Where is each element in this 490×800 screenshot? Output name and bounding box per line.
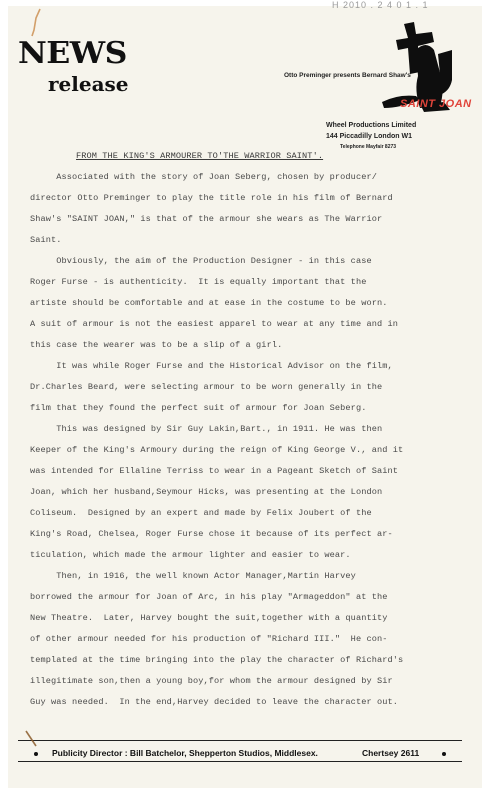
publicity-director: Publicity Director : Bill Batchelor, She… xyxy=(52,748,318,758)
body-line: templated at the time bringing into the … xyxy=(30,655,403,665)
body-line: film that they found the perfect suit of… xyxy=(30,403,366,413)
body-line: was intended for Ellaline Terriss to wea… xyxy=(30,466,398,476)
bullet-icon xyxy=(34,752,38,756)
body-line: Keeper of the King's Armoury during the … xyxy=(30,445,403,455)
body-line: ticulation, which made the armour lighte… xyxy=(30,550,351,560)
masthead-release: release xyxy=(48,72,129,96)
body-line: New Theatre. Later, Harvey bought the su… xyxy=(30,613,387,623)
body-line: director Otto Preminger to play the titl… xyxy=(30,193,393,203)
company-telephone: Telephone Mayfair 8273 xyxy=(326,142,416,153)
body-line: Shaw's "SAINT JOAN," is that of the armo… xyxy=(30,214,382,224)
body-line: Associated with the story of Joan Seberg… xyxy=(30,172,377,182)
bullet-icon xyxy=(442,752,446,756)
company-name: Wheel Productions Limited xyxy=(326,120,416,131)
footer-phone: Chertsey 2611 xyxy=(362,748,419,758)
body-line: This was designed by Sir Guy Lakin,Bart.… xyxy=(30,424,382,434)
body-line: borrowed the armour for Joan of Arc, in … xyxy=(30,592,387,602)
company-address-block: Wheel Productions Limited 144 Piccadilly… xyxy=(326,120,416,153)
archive-accession-mark: H 2010 . 2 4 0 1 . 1 xyxy=(332,0,429,10)
body-line: Saint. xyxy=(30,235,62,245)
saint-joan-logo-text: SAINT JOAN xyxy=(400,98,472,110)
footer-rule-top xyxy=(18,740,462,741)
article-headline: FROM THE KING'S ARMOURER TO'THE WARRIOR … xyxy=(76,151,323,161)
rust-stain-top xyxy=(30,8,44,38)
body-line: A suit of armour is not the easiest appa… xyxy=(30,319,398,329)
body-line: artiste should be comfortable and at eas… xyxy=(30,298,387,308)
rust-stain-bottom xyxy=(24,730,40,750)
body-line: King's Road, Chelsea, Roger Furse chose … xyxy=(30,529,393,539)
body-line: illegitimate son,then a young boy,for wh… xyxy=(30,676,393,686)
body-line: Dr.Charles Beard, were selecting armour … xyxy=(30,382,382,392)
body-line: Then, in 1916, the well known Actor Mana… xyxy=(30,571,356,581)
body-line: of other armour needed for his productio… xyxy=(30,634,387,644)
company-address: 144 Piccadilly London W1 xyxy=(326,131,416,142)
body-line: Coliseum. Designed by an expert and made… xyxy=(30,508,372,518)
body-line: Joan, which her husband,Seymour Hicks, w… xyxy=(30,487,382,497)
body-line: It was while Roger Furse and the Histori… xyxy=(30,361,393,371)
body-line: Guy was needed. In the end,Harvey decide… xyxy=(30,697,398,707)
body-line: this case the wearer was to be a slip of… xyxy=(30,340,282,350)
body-line: Roger Furse - is authenticity. It is equ… xyxy=(30,277,366,287)
footer-rule-bottom xyxy=(18,761,462,762)
masthead-news: NEWS xyxy=(18,36,127,71)
body-line: Obviously, the aim of the Production Des… xyxy=(30,256,372,266)
